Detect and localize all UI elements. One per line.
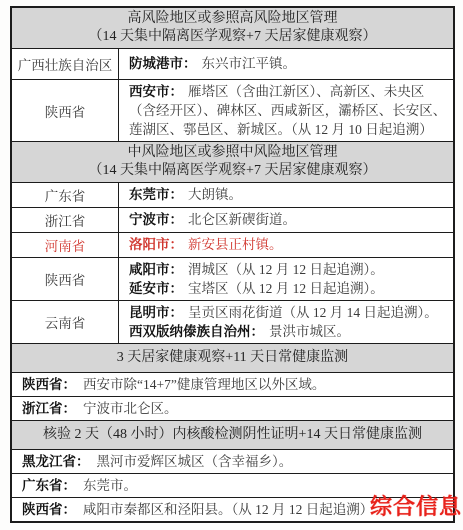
area-text: 新安县正村镇。: [188, 237, 283, 252]
province-label: 广东省：: [22, 478, 76, 493]
area-text: 渭城区（从 12 月 12 日起追溯）。: [188, 262, 384, 277]
table-row-guangxi: 广西壮族自治区 防城港市：东兴市江平镇。: [12, 48, 453, 79]
table-row-yunnan: 云南省 昆明市：呈贡区雨花街道（从 12 月 14 日起追溯）。 西双版纳傣族自…: [12, 300, 453, 343]
province-cell: 云南省: [12, 301, 119, 343]
detail-entry: 昆明市：呈贡区雨花街道（从 12 月 14 日起追溯）。: [129, 303, 447, 322]
area-text: 咸阳市秦都区和泾阳县。（从 12 月 12 日起追溯）: [83, 502, 373, 517]
detail-cell: 防城港市：东兴市江平镇。: [119, 49, 453, 79]
detail-entry: 西安市：雁塔区（含曲江新区）、高新区、未央区（含经开区）、碑林区、西咸新区，灞桥…: [129, 82, 447, 139]
area-text: 大朗镇。: [188, 187, 242, 202]
city-label: 昆明市：: [129, 305, 183, 320]
province-label: 陕西省：: [22, 377, 76, 392]
detail-cell: 宁波市：北仑区新碶街道。: [119, 208, 453, 232]
area-text: 景洪市城区。: [269, 324, 350, 339]
table-row-zhejiang: 浙江省 宁波市：北仑区新碶街道。: [12, 207, 453, 232]
table-row-henan: 河南省 洛阳市：新安县正村镇。: [12, 232, 453, 257]
province-cell: 广东省: [12, 183, 119, 207]
section-header-home-observation: 3 天居家健康观察+11 天日常健康监测: [12, 343, 453, 372]
detail-cell: 西安市：雁塔区（含曲江新区）、高新区、未央区（含经开区）、碑林区、西咸新区，灞桥…: [119, 80, 453, 141]
detail-entry: 咸阳市：渭城区（从 12 月 12 日起追溯）。: [129, 260, 447, 279]
province-cell: 陕西省: [12, 258, 119, 300]
province-cell: 浙江省: [12, 208, 119, 232]
city-label: 西双版纳傣族自治州：: [129, 324, 264, 339]
detail-cell: 昆明市：呈贡区雨花街道（从 12 月 14 日起追溯）。 西双版纳傣族自治州：景…: [119, 301, 453, 343]
detail-cell: 咸阳市：渭城区（从 12 月 12 日起追溯）。 延安市：宝塔区（从 12 月 …: [119, 258, 453, 300]
area-text: 宁波市北仑区。: [83, 401, 178, 416]
city-label: 东莞市：: [129, 187, 183, 202]
section-subtitle: （14 天集中隔离医学观察+7 天居家健康观察）: [16, 28, 449, 46]
area-text: 西安市除“14+7”健康管理地区以外区域。: [83, 377, 325, 392]
city-label: 宁波市：: [129, 212, 183, 227]
risk-area-table: 高风险地区或参照高风险地区管理 （14 天集中隔离医学观察+7 天居家健康观察）…: [10, 6, 455, 523]
detail-cell: 东莞市：大朗镇。: [119, 183, 453, 207]
table-row-zhejiang-obs: 浙江省：宁波市北仑区。: [12, 396, 453, 420]
section-title: 3 天居家健康观察+11 天日常健康监测: [16, 349, 449, 367]
detail-entry: 东莞市：大朗镇。: [129, 185, 447, 204]
section-header-high-risk: 高风险地区或参照高风险地区管理 （14 天集中隔离医学观察+7 天居家健康观察）: [12, 8, 453, 48]
detail-entry: 西双版纳傣族自治州：景洪市城区。: [129, 322, 447, 341]
city-label: 延安市：: [129, 281, 183, 296]
section-header-medium-risk: 中风险地区或参照中风险地区管理 （14 天集中隔离医学观察+7 天居家健康观察）: [12, 141, 453, 182]
province-label: 浙江省：: [22, 401, 76, 416]
table-row-heilongjiang: 黑龙江省：黑河市爱辉区城区（含幸福乡）。: [12, 449, 453, 473]
detail-entry: 宁波市：北仑区新碶街道。: [129, 210, 447, 229]
province-label: 黑龙江省：: [22, 454, 90, 469]
province-cell: 陕西省: [12, 80, 119, 141]
detail-cell: 洛阳市：新安县正村镇。: [119, 233, 453, 257]
area-text: 东莞市。: [83, 478, 137, 493]
city-label: 防城港市：: [129, 56, 197, 71]
watermark-label: 综合信息: [370, 490, 462, 521]
table-row-shaanxi-medium: 陕西省 咸阳市：渭城区（从 12 月 12 日起追溯）。 延安市：宝塔区（从 1…: [12, 257, 453, 300]
table-row-shaanxi-high: 陕西省 西安市：雁塔区（含曲江新区）、高新区、未央区（含经开区）、碑林区、西咸新…: [12, 79, 453, 141]
area-text: 呈贡区雨花街道（从 12 月 14 日起追溯）。: [188, 305, 438, 320]
detail-entry: 洛阳市：新安县正村镇。: [129, 235, 447, 254]
section-subtitle: （14 天集中隔离医学观察+7 天居家健康观察）: [16, 162, 449, 180]
detail-entry: 延安市：宝塔区（从 12 月 12 日起追溯）。: [129, 279, 447, 298]
section-title: 核验 2 天（48 小时）内核酸检测阴性证明+14 天日常健康监测: [16, 426, 449, 444]
area-text: 北仑区新碶街道。: [188, 212, 296, 227]
city-label: 西安市：: [129, 84, 183, 99]
province-cell: 河南省: [12, 233, 119, 257]
city-label: 洛阳市：: [129, 237, 183, 252]
area-text: 宝塔区（从 12 月 12 日起追溯）。: [188, 281, 384, 296]
area-text: 黑河市爱辉区城区（含幸福乡）。: [97, 454, 293, 469]
detail-entry: 防城港市：东兴市江平镇。: [129, 54, 447, 73]
area-text: 东兴市江平镇。: [202, 56, 297, 71]
table-row-guangdong: 广东省 东莞市：大朗镇。: [12, 182, 453, 207]
table-row-shaanxi-obs: 陕西省：西安市除“14+7”健康管理地区以外区域。: [12, 372, 453, 396]
section-title: 中风险地区或参照中风险地区管理: [16, 144, 449, 162]
city-label: 咸阳市：: [129, 262, 183, 277]
province-cell: 广西壮族自治区: [12, 49, 119, 79]
province-label: 陕西省：: [22, 502, 76, 517]
section-title: 高风险地区或参照高风险地区管理: [16, 10, 449, 28]
section-header-nucleic-test: 核验 2 天（48 小时）内核酸检测阴性证明+14 天日常健康监测: [12, 420, 453, 449]
